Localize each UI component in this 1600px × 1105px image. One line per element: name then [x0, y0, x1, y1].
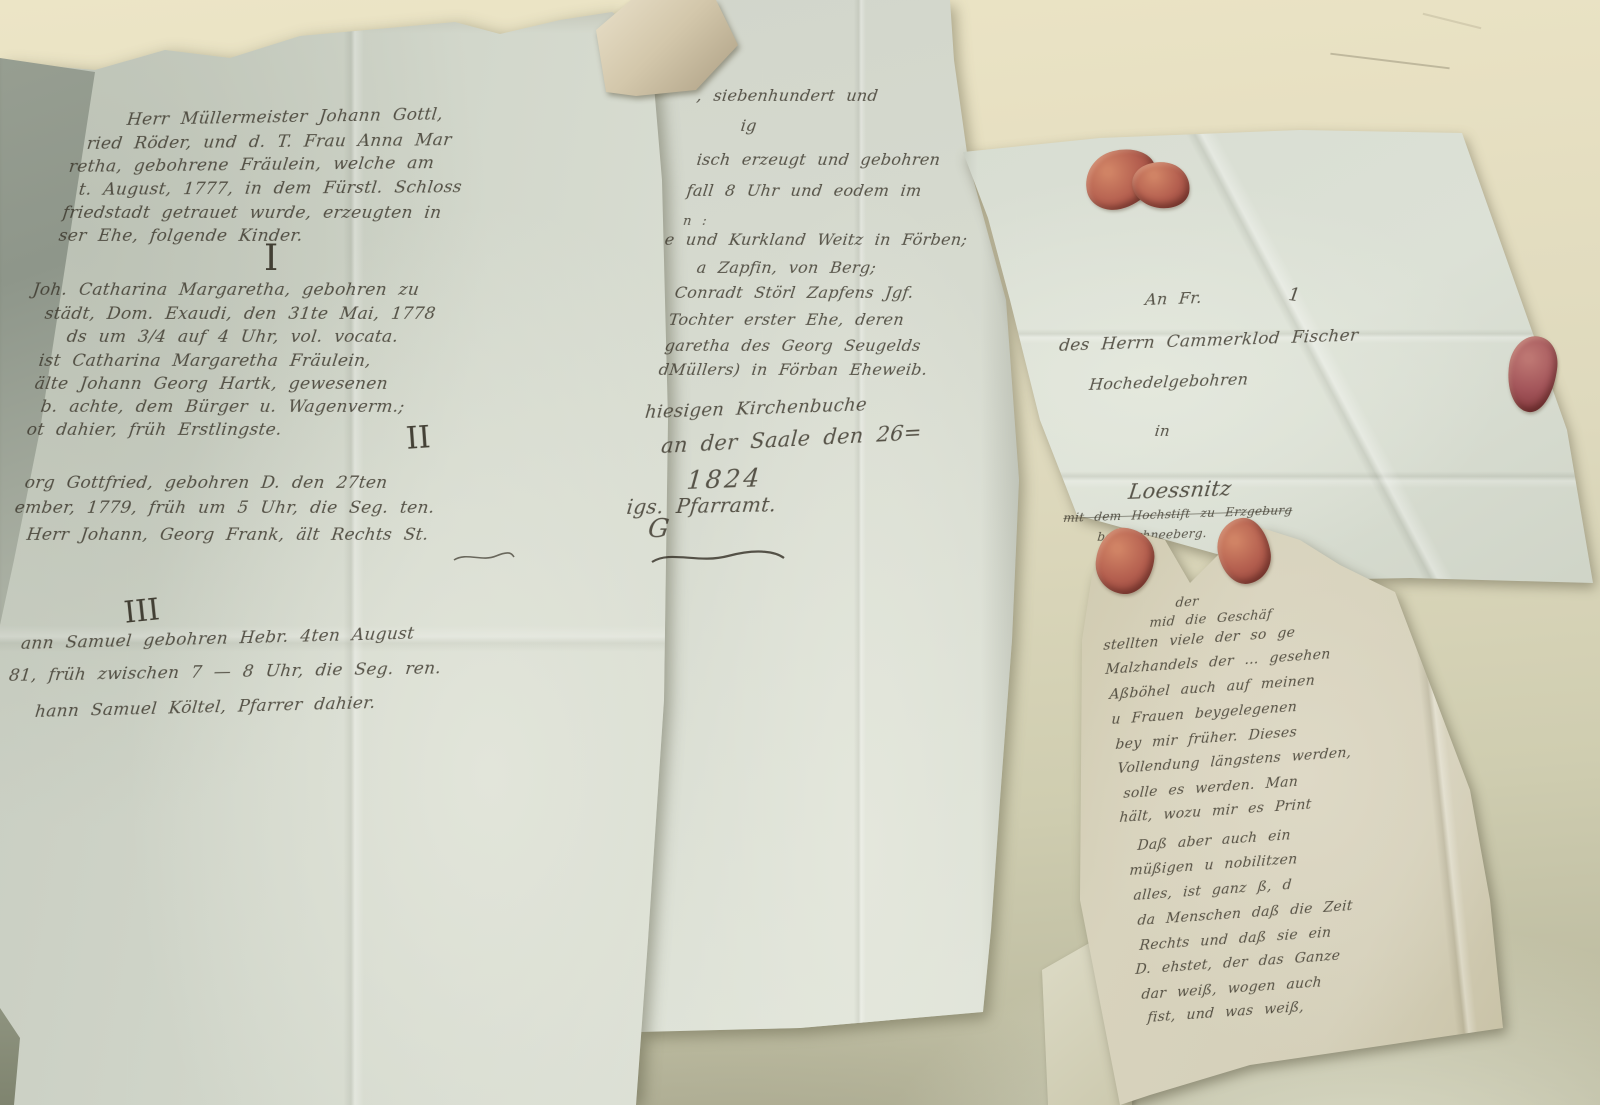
- curled-corner-flap: [596, 0, 744, 98]
- handwritten-line: Tochter erster Ehe, deren: [668, 310, 906, 329]
- handwritten-line-pfarramt: igs. Pfarramt.: [625, 492, 777, 519]
- handwritten-line: b. achte, dem Bürger u. Wagenverm.;: [40, 397, 406, 417]
- address-prefix: An Fr.: [1144, 288, 1202, 309]
- handwritten-line: isch erzeugt und gebohren: [696, 150, 942, 169]
- handwritten-line: org Gottfried, gebohren D. den 27ten: [24, 473, 389, 493]
- photo-of-antique-documents: Herr Müllermeister Johann Gottl, ried Rö…: [0, 0, 1600, 1105]
- handwritten-line: ds um 3/4 auf 4 Uhr, vol. vocata.: [66, 327, 400, 347]
- handwritten-line: friedstadt getrauet wurde, erzeugten in: [62, 203, 443, 223]
- table-scratch: [1330, 53, 1449, 70]
- section-numeral-II: II: [405, 419, 432, 457]
- handwritten-line: Conradt Störl Zapfens Jgf.: [674, 283, 915, 302]
- handwritten-line: ried Röder, und d. T. Frau Anna Mar: [86, 130, 453, 154]
- table-shadow-wedge: [0, 1008, 26, 1105]
- handwritten-line: fall 8 Uhr und eodem im: [686, 181, 923, 200]
- pen-flourish: [452, 548, 516, 566]
- address-preposition: in: [1154, 422, 1171, 440]
- handwritten-line: ist Catharina Margaretha Fräulein,: [38, 351, 373, 371]
- signature-flourish: [650, 548, 786, 568]
- handwritten-line: t. August, 1777, in dem Fürstl. Schloss: [78, 177, 463, 200]
- flap-paper: [596, 0, 744, 98]
- handwritten-line: ot dahier, früh Erstlingste.: [26, 420, 283, 440]
- handwritten-line: a Zapfin, von Berg;: [696, 258, 878, 277]
- handwritten-line: retha, gebohrene Fräulein, welche am: [68, 153, 435, 177]
- shadow: [0, 1008, 26, 1105]
- handwritten-line: Joh. Catharina Margaretha, gebohren zu: [32, 280, 421, 300]
- address-place: Loessnitz: [1127, 476, 1233, 504]
- handwritten-line: ember, 1779, früh um 5 Uhr, die Seg. ten…: [14, 498, 436, 518]
- handwritten-line: Herr Johann, Georg Frank, ält Rechts St.: [26, 525, 430, 545]
- handwritten-line: n :: [682, 214, 708, 229]
- handwritten-line: der: [1175, 594, 1199, 611]
- handwritten-line: garetha des Georg Seugelds: [664, 336, 922, 355]
- section-numeral-I: I: [264, 238, 278, 279]
- handwritten-year-1824: 1824: [685, 463, 763, 495]
- handwritten-line: ig: [740, 116, 758, 135]
- handwritten-line: dMüllers) in Förban Eheweib.: [658, 360, 929, 379]
- handwritten-line: älte Johann Georg Hartk, gewesenen: [34, 374, 390, 394]
- handwritten-line: , siebenhundert und: [696, 86, 880, 105]
- table-scratch: [1423, 13, 1482, 29]
- handwritten-line: städt, Dom. Exaudi, den 31te Mai, 1778: [44, 304, 437, 324]
- signature-initial: G: [646, 514, 671, 544]
- handwritten-line: e und Kurkland Weitz in Förben;: [664, 230, 969, 249]
- section-numeral-III: III: [122, 592, 161, 631]
